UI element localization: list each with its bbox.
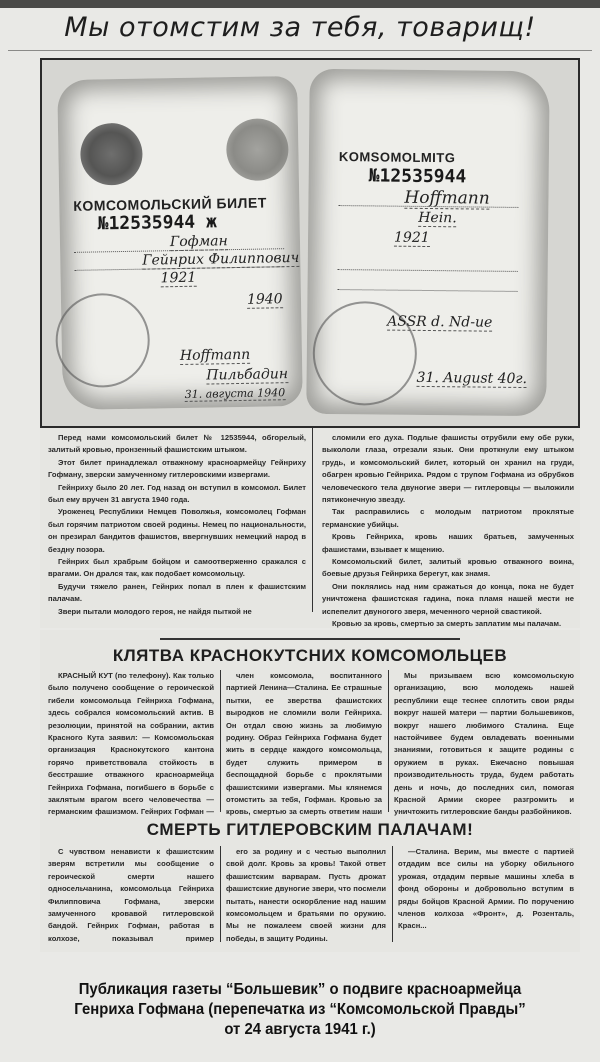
headline-divider: [8, 50, 592, 51]
oath-column-1: КРАСНЫЙ КУТ (по телефону). Как только бы…: [48, 670, 214, 816]
death-column-2: его за родину и с честью выполнил свой д…: [226, 846, 386, 942]
card-date: 31. августа 1940: [185, 386, 286, 402]
card-number-german: №12535944: [369, 165, 467, 187]
headline: Мы отомстим за тебя, товарищ!: [0, 12, 600, 43]
komsomol-card-photo: КОМСОМОЛЬСКИЙ БИЛЕТ №12535944 ж Гофман Г…: [40, 58, 580, 428]
caption-line-1: Публикация газеты “Большевик” о подвиге …: [21, 980, 579, 1000]
card-joined-year: 1940: [247, 291, 283, 309]
caption-line-3: от 24 августа 1941 г.): [21, 1020, 579, 1040]
card-region: ASSR d. Nd-ue: [387, 314, 492, 332]
death-heading: СМЕРТЬ ГИТЛЕРОВСКИМ ПАЛАЧАМ!: [40, 820, 580, 840]
card-name-german: Hein.: [418, 210, 457, 227]
article-left-column: Перед нами комсомольский билет № 1253594…: [48, 432, 306, 628]
top-border-band: [0, 0, 600, 8]
column-divider: [388, 670, 389, 812]
column-divider: [220, 670, 221, 812]
death-column-1: С чувством ненависти к фашистским зверям…: [48, 846, 214, 942]
emblem-icon: [80, 123, 143, 186]
card-right-page: KOMSOMOLMITG №12535944 Hoffmann Hein. 19…: [306, 69, 550, 416]
emblem-icon: [226, 118, 289, 181]
oath-column-3: Мы призываем всю комсомольскую организац…: [394, 670, 574, 816]
stamp-ring: [55, 293, 151, 389]
card-signature: Hoffmann: [180, 347, 251, 365]
card-left-page: КОМСОМОЛЬСКИЙ БИЛЕТ №12535944 ж Гофман Г…: [57, 76, 303, 410]
oath-section: КЛЯТВА КРАСНОКУТСНИХ КОМСОМОЛЬЦЕВ КРАСНЫ…: [40, 630, 580, 816]
death-section: СМЕРТЬ ГИТЛЕРОВСКИМ ПАЛАЧАМ! С чувством …: [40, 816, 580, 952]
card-title: КОМСОМОЛЬСКИЙ БИЛЕТ: [73, 194, 267, 213]
decorative-rule: [160, 638, 460, 640]
field-line: [337, 289, 517, 292]
caption-line-2: Генриха Гофмана (перепечатка из “Комсомо…: [21, 1000, 579, 1020]
oath-column-2: член комсомола, воспитанного партией Лен…: [226, 670, 382, 816]
card-birth-year: 1921: [160, 270, 196, 288]
column-divider: [392, 846, 393, 942]
main-article: Перед нами комсомольский билет № 1253594…: [40, 428, 580, 628]
article-right-column: сломили его духа. Подлые фашисты отрубил…: [322, 432, 574, 628]
card-birth-year-german: 1921: [394, 230, 430, 247]
card-surname-german: Hoffmann: [404, 188, 489, 210]
field-line: [338, 269, 518, 272]
column-divider: [220, 846, 221, 942]
death-column-3: —Сталина. Верим, мы вместе с партией отд…: [398, 846, 574, 942]
column-divider: [312, 428, 313, 612]
photo-caption: Публикация газеты “Большевик” о подвиге …: [21, 980, 579, 1040]
card-date-german: 31. August 40г.: [416, 370, 527, 388]
card-name: Гейнрих Филиппович: [142, 250, 299, 270]
card-title-german: KOMSOMOLMITG: [339, 149, 456, 165]
card-secretary: Пильбадин: [206, 366, 288, 384]
card-number: №12535944 ж: [97, 211, 217, 234]
card-surname: Гофман: [170, 233, 228, 251]
oath-heading: КЛЯТВА КРАСНОКУТСНИХ КОМСОМОЛЬЦЕВ: [40, 646, 580, 666]
